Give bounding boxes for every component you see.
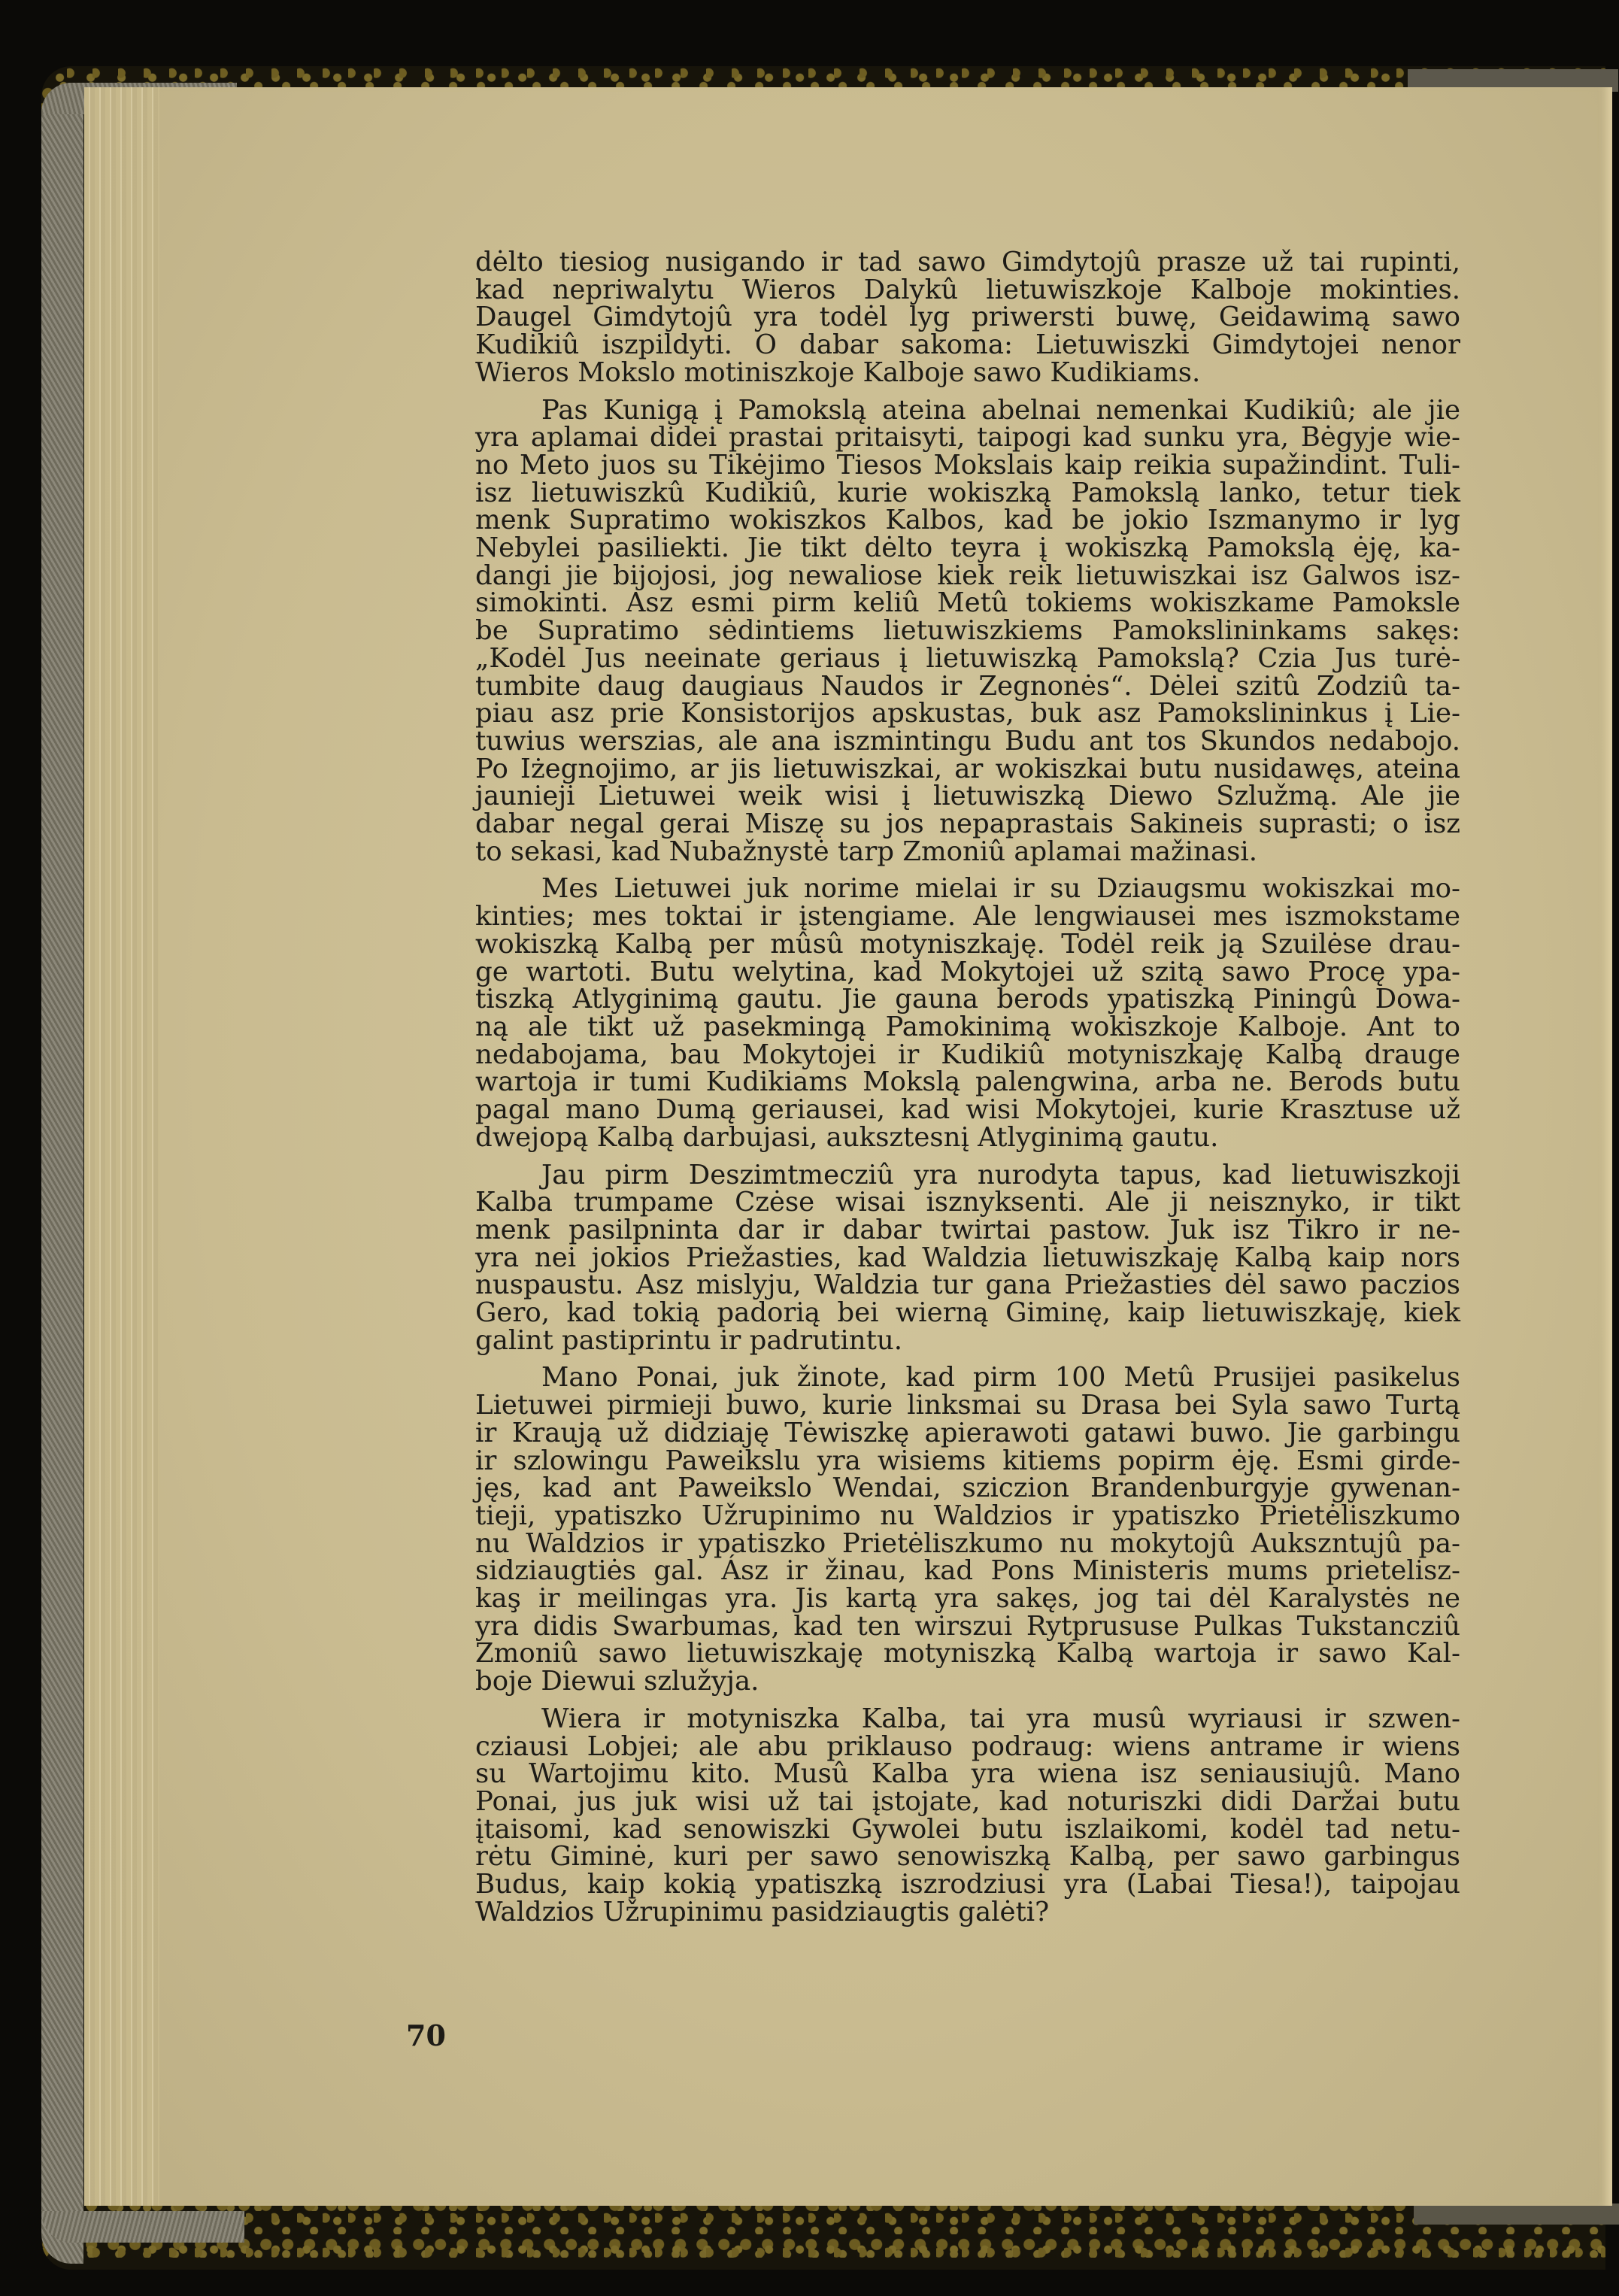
- page-body-text: dėlto tiesiog nusigando ir tad sawo Gimd…: [475, 249, 1460, 1936]
- text-line: sidziaugtiės gal. Ász ir žinau, kad Pons…: [475, 1557, 1460, 1585]
- page-number: 70: [406, 2018, 446, 2052]
- text-line: pagal mano Dumą geriausei, kad wisi Moky…: [475, 1096, 1460, 1124]
- text-line: tieji, ypatiszko Užrupinimo nu Waldzios …: [475, 1503, 1460, 1530]
- stacked-page-edges: [84, 87, 159, 2206]
- text-line: tumbite daug daugiaus Naudos ir Zegnonės…: [475, 673, 1460, 701]
- text-line: dabar negal gerai Miszę su jos nepaprast…: [475, 811, 1460, 839]
- text-line: su Wartojimu kito. Musû Kalba yra wiena …: [475, 1761, 1460, 1788]
- text-line: Po Iżegnojimo, ar jis lietuwiszkai, ar w…: [475, 756, 1460, 784]
- text-line: cziausi Lobjei; ale abu priklauso podrau…: [475, 1733, 1460, 1761]
- text-line: dangi jie bijojosi, jog newaliose kiek r…: [475, 563, 1460, 590]
- text-line: tiszką Atlyginimą gautu. Jie gauna berod…: [475, 986, 1460, 1014]
- text-line: kinties; mes toktai ir įstengiame. Ale l…: [475, 903, 1460, 931]
- text-line: įtaisomi, kad senowiszki Gywolei butu is…: [475, 1816, 1460, 1844]
- text-line: Lietuwei pirmieji buwo, kurie linksmai s…: [475, 1392, 1460, 1420]
- text-line: Gero, kad tokią padorią bei wierną Gimin…: [475, 1300, 1460, 1327]
- text-line: ir Kraują už didziaję Tėwiszkę apierawot…: [475, 1420, 1460, 1448]
- cloth-binding-bottom-corner: [41, 2211, 244, 2243]
- cloth-spine-binding: [41, 83, 83, 2264]
- text-line: Jau pirm Deszimtmecziû yra nurodyta tapu…: [475, 1162, 1460, 1190]
- text-line: ir szlowingu Paweikslu yra wisiems kitie…: [475, 1448, 1460, 1476]
- text-line: simokinti. Asz esmi pirm keliû Metû toki…: [475, 590, 1460, 617]
- text-line: ną ale tikt už pasekmingą Pamokinimą wok…: [475, 1014, 1460, 1042]
- text-line: tuwius werszias, ale ana iszmintingu Bud…: [475, 728, 1460, 756]
- text-line: Kalba trumpame Czėse wisai isznyksenti. …: [475, 1189, 1460, 1217]
- paragraph: Mes Lietuwei juk norime mielai ir su Dzi…: [475, 875, 1460, 1151]
- text-line: Mano Ponai, juk žinote, kad pirm 100 Met…: [475, 1364, 1460, 1392]
- text-line: kad nepriwalytu Wieros Dalykû lietuwiszk…: [475, 277, 1460, 305]
- text-line: wokiszką Kalbą per mûsû motyniszkaję. To…: [475, 931, 1460, 959]
- text-line: yra aplamai didei prastai pritaisyti, ta…: [475, 424, 1460, 452]
- text-line: jęs, kad ant Paweikslo Wendai, sziczion …: [475, 1475, 1460, 1503]
- text-line: Zmoniû sawo lietuwiszkaję motyniszką Kal…: [475, 1640, 1460, 1668]
- text-line: „Kodėl Jus neeinate geriaus į lietuwiszk…: [475, 645, 1460, 673]
- text-line: Kudikiû iszpildyti. O dabar sakoma: Liet…: [475, 332, 1460, 359]
- text-line: yra didis Swarbumas, kad ten wirszui Ryt…: [475, 1613, 1460, 1641]
- text-line: piau asz prie Konsistorijos apskustas, b…: [475, 700, 1460, 728]
- book-page: dėlto tiesiog nusigando ir tad sawo Gimd…: [84, 87, 1612, 2206]
- text-line: Waldzios Užrupinimu pasidziaugtis galėti…: [475, 1899, 1460, 1927]
- text-line: dėlto tiesiog nusigando ir tad sawo Gimd…: [475, 249, 1460, 277]
- text-line: Wiera ir motyniszka Kalba, tai yra musû …: [475, 1706, 1460, 1733]
- text-line: no Meto juos su Tikėjimo Tiesos Mokslais…: [475, 452, 1460, 480]
- text-line: ge wartoti. Butu welytina, kad Mokytojei…: [475, 959, 1460, 987]
- text-line: yra nei jokios Priežasties, kad Waldzia …: [475, 1245, 1460, 1272]
- text-line: nu Waldzios ir ypatiszko Prietėliszkumo …: [475, 1530, 1460, 1558]
- paragraph: Pas Kunigą į Pamokslą ateina abelnai nem…: [475, 397, 1460, 866]
- text-line: isz lietuwiszkû Kudikiû, kurie wokiszką …: [475, 480, 1460, 508]
- text-line: be Supratimo sėdintiems lietuwiszkiems P…: [475, 617, 1460, 645]
- text-line: Pas Kunigą į Pamokslą ateina abelnai nem…: [475, 397, 1460, 425]
- text-line: menk pasilpninta dar ir dabar twirtai pa…: [475, 1217, 1460, 1245]
- text-line: nuspaustu. Asz mislyju, Waldzia tur gana…: [475, 1272, 1460, 1300]
- text-line: menk Supratimo wokiszkos Kalbos, kad be …: [475, 507, 1460, 535]
- text-line: jaunieji Lietuwei weik wisi į lietuwiszk…: [475, 783, 1460, 811]
- cloth-binding-bottom-right: [1414, 2203, 1619, 2225]
- text-line: wartoja ir tumi Kudikiams Mokslą palengw…: [475, 1069, 1460, 1096]
- text-line: dwejopą Kalbą darbujasi, auksztesnį Atly…: [475, 1124, 1460, 1152]
- text-line: Mes Lietuwei juk norime mielai ir su Dzi…: [475, 875, 1460, 903]
- text-line: Budus, kaip kokią ypatiszką iszrodziusi …: [475, 1871, 1460, 1899]
- text-line: Ponai, jus juk wisi už tai įstojate, kad…: [475, 1788, 1460, 1816]
- paragraph: Mano Ponai, juk žinote, kad pirm 100 Met…: [475, 1364, 1460, 1695]
- paragraph: dėlto tiesiog nusigando ir tad sawo Gimd…: [475, 249, 1460, 387]
- text-line: to sekasi, kad Nubažnystė tarp Zmoniû ap…: [475, 839, 1460, 866]
- text-line: galint pastiprintu ir padrutintu.: [475, 1327, 1460, 1355]
- paragraph: Jau pirm Deszimtmecziû yra nurodyta tapu…: [475, 1162, 1460, 1355]
- text-line: Daugel Gimdytojû yra todėl lyg priwersti…: [475, 304, 1460, 332]
- paragraph: Wiera ir motyniszka Kalba, tai yra musû …: [475, 1706, 1460, 1927]
- text-line: boje Diewui szlužyja.: [475, 1668, 1460, 1696]
- text-line: Nebylei pasiliekti. Jie tikt dėlto teyra…: [475, 535, 1460, 563]
- text-line: rėtu Giminė, kuri per sawo senowiszką Ka…: [475, 1843, 1460, 1871]
- text-line: Wieros Mokslo motiniszkoje Kalboje sawo …: [475, 359, 1460, 387]
- text-line: kaş ir meilingas yra. Jis kartą yra sakę…: [475, 1585, 1460, 1613]
- text-line: nedabojama, bau Mokytojei ir Kudikiû mot…: [475, 1042, 1460, 1069]
